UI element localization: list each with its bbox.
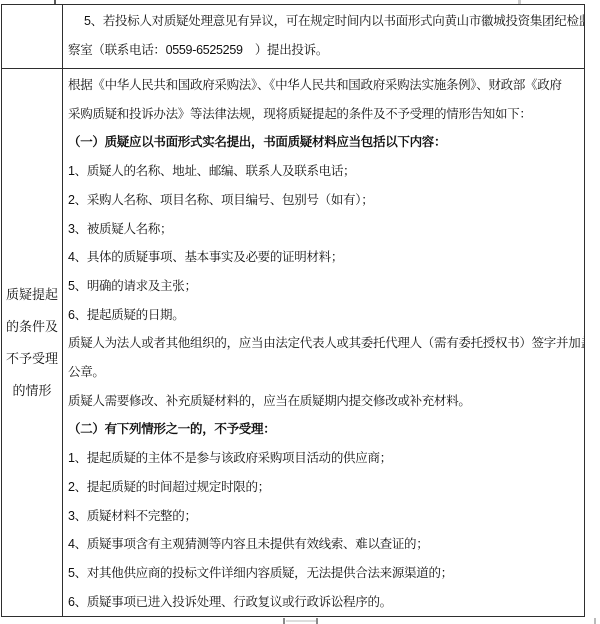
paragraph-line: 质疑人需要修改、补充质疑材料的，应当在质疑期内提交修改或补充材料。 [68, 387, 583, 416]
cropped-row-divider-bottom-2 [316, 618, 318, 624]
row2-header-cell: 质疑提起 的条件及 不予受理 的情形 [2, 69, 63, 616]
list-item: 1、提起质疑的主体不是参与该政府采购项目活动的供应商； [68, 444, 583, 473]
paragraph-line: 质疑人为法人或者其他组织的，应当由法定代表人或其委托代理人（需有委托授权书）签字… [68, 329, 583, 358]
list-item: 1、质疑人的名称、地址、邮编、联系人及联系电话； [68, 157, 583, 186]
list-item: 2、提起质疑的时间超过规定时限的； [68, 473, 583, 502]
cropped-row-divider-bottom-3 [594, 618, 596, 624]
paragraph-line: 5、若投标人对质疑处理意见有异议，可在规定时间内以书面形式向黄山市徽城投资集团纪… [68, 7, 583, 36]
row1-label-cell [2, 5, 63, 68]
section-heading-2: （二）有下列情形之一的，不予受理： [68, 415, 583, 444]
cropped-row-divider-bottom [283, 618, 285, 624]
questioning-conditions-table: 5、若投标人对质疑处理意见有异议，可在规定时间内以书面形式向黄山市徽城投资集团纪… [1, 4, 585, 617]
row2-content-cell: 根据《中华人民共和国政府采购法》、《中华人民共和国政府采购法实施条例》、财政部《… [63, 69, 584, 616]
paragraph-line: 察室（联系电话：0559-6525259 ）提出投诉。 [68, 36, 583, 65]
cropped-row-edge-bottom [286, 620, 316, 622]
list-item: 4、质疑事项含有主观猜测等内容且未提供有效线索、难以查证的； [68, 530, 583, 559]
row-header-line: 的条件及 [6, 311, 58, 343]
list-item: 6、提起质疑的日期。 [68, 301, 583, 330]
paragraph-line: 根据《中华人民共和国政府采购法》、《中华人民共和国政府采购法实施条例》、财政部《… [68, 71, 583, 100]
list-item: 5、明确的请求及主张； [68, 272, 583, 301]
list-item: 3、被质疑人名称； [68, 215, 583, 244]
list-item: 2、采购人名称、项目名称、项目编号、包别号（如有）； [68, 186, 583, 215]
paragraph-line: 采购质疑和投诉办法》等法律法规，现将质疑提起的条件及不予受理的情形告知如下： [68, 100, 583, 129]
list-item: 4、具体的质疑事项、基本事实及必要的证明材料； [68, 243, 583, 272]
document-page: 5、若投标人对质疑处理意见有异议，可在规定时间内以书面形式向黄山市徽城投资集团纪… [0, 0, 600, 624]
row-header-line: 不予受理 [6, 343, 58, 375]
table-row: 质疑提起 的条件及 不予受理 的情形 根据《中华人民共和国政府采购法》、《中华人… [2, 69, 584, 616]
list-item: 5、对其他供应商的投标文件详细内容质疑，无法提供合法来源渠道的； [68, 559, 583, 588]
list-item: 6、质疑事项已进入投诉处理、行政复议或行政诉讼程序的。 [68, 588, 583, 616]
paragraph-line: 公章。 [68, 358, 583, 387]
table-row: 5、若投标人对质疑处理意见有异议，可在规定时间内以书面形式向黄山市徽城投资集团纪… [2, 5, 584, 69]
list-item: 3、质疑材料不完整的； [68, 502, 583, 531]
row1-content-cell: 5、若投标人对质疑处理意见有异议，可在规定时间内以书面形式向黄山市徽城投资集团纪… [63, 5, 584, 68]
section-heading-1: （一）质疑应以书面形式实名提出，书面质疑材料应当包括以下内容： [68, 128, 583, 157]
row-header-line: 质疑提起 [6, 279, 58, 311]
row-header-line: 的情形 [12, 375, 51, 407]
